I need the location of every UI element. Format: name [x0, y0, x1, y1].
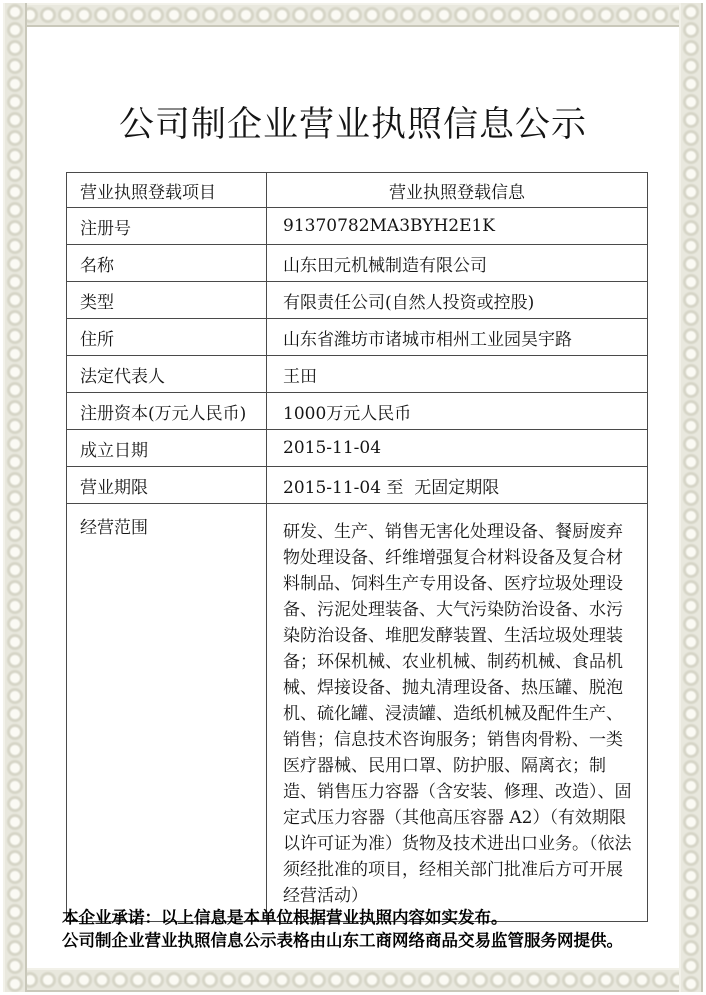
row-label: 注册号	[67, 208, 267, 245]
table-row-establish-date: 成立日期 2015-11-04	[67, 430, 648, 467]
row-value: 王田	[267, 356, 648, 393]
row-label: 经营范围	[67, 504, 267, 922]
frame-edge-top	[3, 3, 703, 27]
row-value: 2015-11-04 至 无固定期限	[267, 467, 648, 504]
table-row-address: 住所 山东省潍坊市诸城市相州工业园昊宇路	[67, 319, 648, 356]
footer-pledge-line2: 公司制企业营业执照信息公示表格由山东工商网络商品交易监管服务网提供。	[62, 929, 662, 952]
table-row-business-scope: 经营范围 研发、生产、销售无害化处理设备、餐厨废弃物处理设备、纤维增强复合材料设…	[67, 504, 648, 922]
frame-edge-bottom	[3, 968, 703, 992]
row-value: 1000万元人民币	[267, 393, 648, 430]
table-row-registered-capital: 注册资本(万元人民币) 1000万元人民币	[67, 393, 648, 430]
page-title: 公司制企业营业执照信息公示	[0, 97, 706, 147]
license-info-table: 营业执照登载项目 营业执照登载信息 注册号 91370782MA3BYH2E1K…	[66, 172, 648, 922]
row-label: 类型	[67, 282, 267, 319]
row-label: 营业期限	[67, 467, 267, 504]
row-label: 成立日期	[67, 430, 267, 467]
table-row-registration-number: 注册号 91370782MA3BYH2E1K	[67, 208, 648, 245]
row-value: 91370782MA3BYH2E1K	[267, 208, 648, 245]
row-label: 注册资本(万元人民币)	[67, 393, 267, 430]
row-label: 名称	[67, 245, 267, 282]
table-row-company-name: 名称 山东田元机械制造有限公司	[67, 245, 648, 282]
row-value: 山东田元机械制造有限公司	[267, 245, 648, 282]
row-value: 研发、生产、销售无害化处理设备、餐厨废弃物处理设备、纤维增强复合材料设备及复合材…	[267, 504, 648, 922]
table-header-row: 营业执照登载项目 营业执照登载信息	[67, 173, 648, 208]
header-info-column: 营业执照登载信息	[267, 173, 648, 208]
footer-pledge: 本企业承诺：以上信息是本单位根据营业执照内容如实发布。 公司制企业营业执照信息公…	[62, 906, 662, 952]
header-item-column: 营业执照登载项目	[67, 173, 267, 208]
frame-edge-right	[679, 3, 703, 992]
table-row-legal-representative: 法定代表人 王田	[67, 356, 648, 393]
row-value: 2015-11-04	[267, 430, 648, 467]
footer-pledge-line1: 本企业承诺：以上信息是本单位根据营业执照内容如实发布。	[62, 906, 662, 929]
row-value: 山东省潍坊市诸城市相州工业园昊宇路	[267, 319, 648, 356]
row-label: 法定代表人	[67, 356, 267, 393]
table-row-business-term: 营业期限 2015-11-04 至 无固定期限	[67, 467, 648, 504]
row-label: 住所	[67, 319, 267, 356]
row-value: 有限责任公司(自然人投资或控股)	[267, 282, 648, 319]
frame-edge-left	[3, 3, 27, 992]
table-row-company-type: 类型 有限责任公司(自然人投资或控股)	[67, 282, 648, 319]
